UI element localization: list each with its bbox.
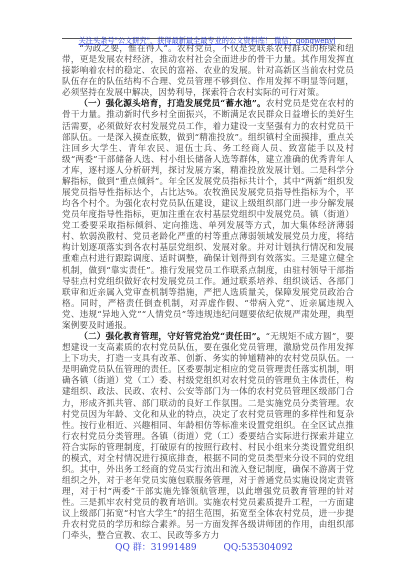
paragraph-text: 农村党员是党在农村的骨干力量。推动新时代乡村全面振兴，不断满足农民群众日益增长的… <box>62 99 354 331</box>
page-header: 关注头条号"公文研究"，获得最新最全最专业的公文资料库！ 微信：gongweny… <box>62 28 352 39</box>
paragraph-text: “无规矩不成方圆”，要想建设一支高素质的农村党员队伍，要在强化党员管理，激励党员… <box>62 332 354 541</box>
paragraph-section-1: （一）强化源头培育，打造发展党员“蓄水池”。农村党员是党在农村的骨干力量。推动新… <box>62 99 354 332</box>
paragraph-intro: “为政之要，惟在得人”。农村党员，不仅是党联系农村群众的桥梁和纽带，更是发展农村… <box>62 44 354 99</box>
paragraph-text: “为政之要，惟在得人”。农村党员，不仅是党联系农村群众的桥梁和纽带，更是发展农村… <box>62 44 354 98</box>
section-heading: （二）强化教育管理，守好管党治党“责任田”。 <box>79 332 265 342</box>
footer-qq-group: QQ 群：31991489 <box>115 543 196 553</box>
page-footer: QQ 群：31991489 QQ:535304092 <box>0 540 408 553</box>
document-body: “为政之要，惟在得人”。农村党员，不仅是党联系农村群众的桥梁和纽带，更是发展农村… <box>62 44 354 543</box>
section-heading: （一）强化源头培育，打造发展党员“蓄水池”。 <box>79 99 266 109</box>
paragraph-section-2: （二）强化教育管理，守好管党治党“责任田”。“无规矩不成方圆”，要想建设一支高素… <box>62 332 354 542</box>
document-page: 关注头条号"公文研究"，获得最新最全最专业的公文资料库！ 微信：gongweny… <box>0 0 408 580</box>
footer-qq: QQ:535304092 <box>223 543 292 553</box>
